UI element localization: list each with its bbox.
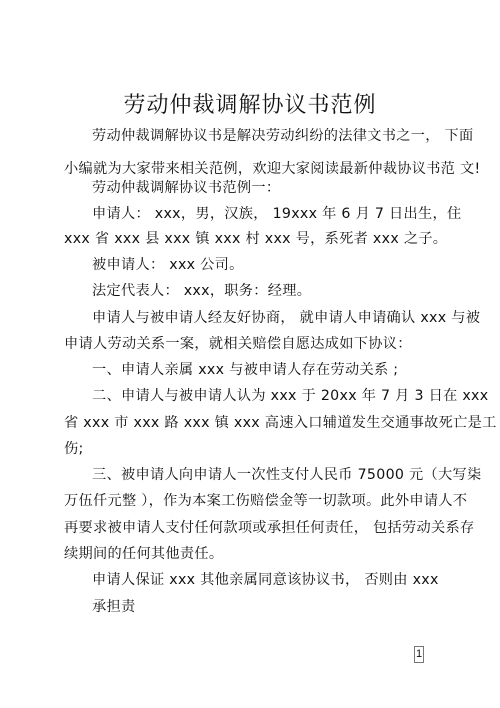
paragraph-line: 续期间的任何其他责任。 — [64, 543, 223, 563]
paragraph-line: 再要求被申请人支付任何款项或承担任何责任， 包括劳动关系存 — [64, 517, 474, 537]
document-title: 劳动仲裁调解协议书范例 — [0, 88, 500, 119]
paragraph-line: 申请人： xxx，男，汉族， 19xxx 年 6 月 7 日出生，住 — [92, 203, 461, 223]
paragraph-line: 申请人保证 xxx 其他亲属同意该协议书， 否则由 xxx — [92, 569, 439, 589]
paragraph-line: 申请人与被申请人经友好协商， 就申请人申请确认 xxx 与被 — [92, 307, 480, 327]
paragraph-line: 小编就为大家带来相关范例，欢迎大家阅读最新仲裁协议书范 文! — [64, 158, 480, 178]
paragraph-line: 劳动仲裁调解协议书是解决劳动纠纷的法律文书之一， 下面 — [92, 125, 474, 145]
paragraph-line: 一、申请人亲属 xxx 与被申请人存在劳动关系 ; — [92, 359, 398, 379]
paragraph-line: xxx 省 xxx 县 xxx 镇 xxx 村 xxx 号，系死者 xxx 之子… — [64, 228, 447, 248]
paragraph-line: 三、被申请人向申请人一次性支付人民币 75000 元（大写柒 — [92, 464, 481, 484]
paragraph-line: 申请人劳动关系一案，就相关赔偿自愿达成如下协议： — [64, 333, 412, 353]
paragraph-line: 法定代表人： xxx，职务：经理。 — [92, 280, 311, 300]
paragraph-line: 二、申请人与被申请人认为 xxx 于 20xx 年 7 月 3 日在 xxx — [92, 385, 488, 405]
paragraph-line: 万伍仟元整 ），作为本案工伤赔偿金等一切款项。此外申请人不 — [64, 490, 467, 510]
paragraph-line: 伤; — [64, 438, 84, 458]
page-number: 1 — [414, 646, 424, 663]
paragraph-line: 承担责 — [92, 596, 135, 616]
paragraph-line: 劳动仲裁调解协议书范例一： — [92, 177, 280, 197]
paragraph-line: 被申请人： xxx 公司。 — [92, 254, 244, 274]
paragraph-line: 省 xxx 市 xxx 路 xxx 镇 xxx 高速入口辅道发生交通事故死亡是工 — [64, 412, 497, 432]
